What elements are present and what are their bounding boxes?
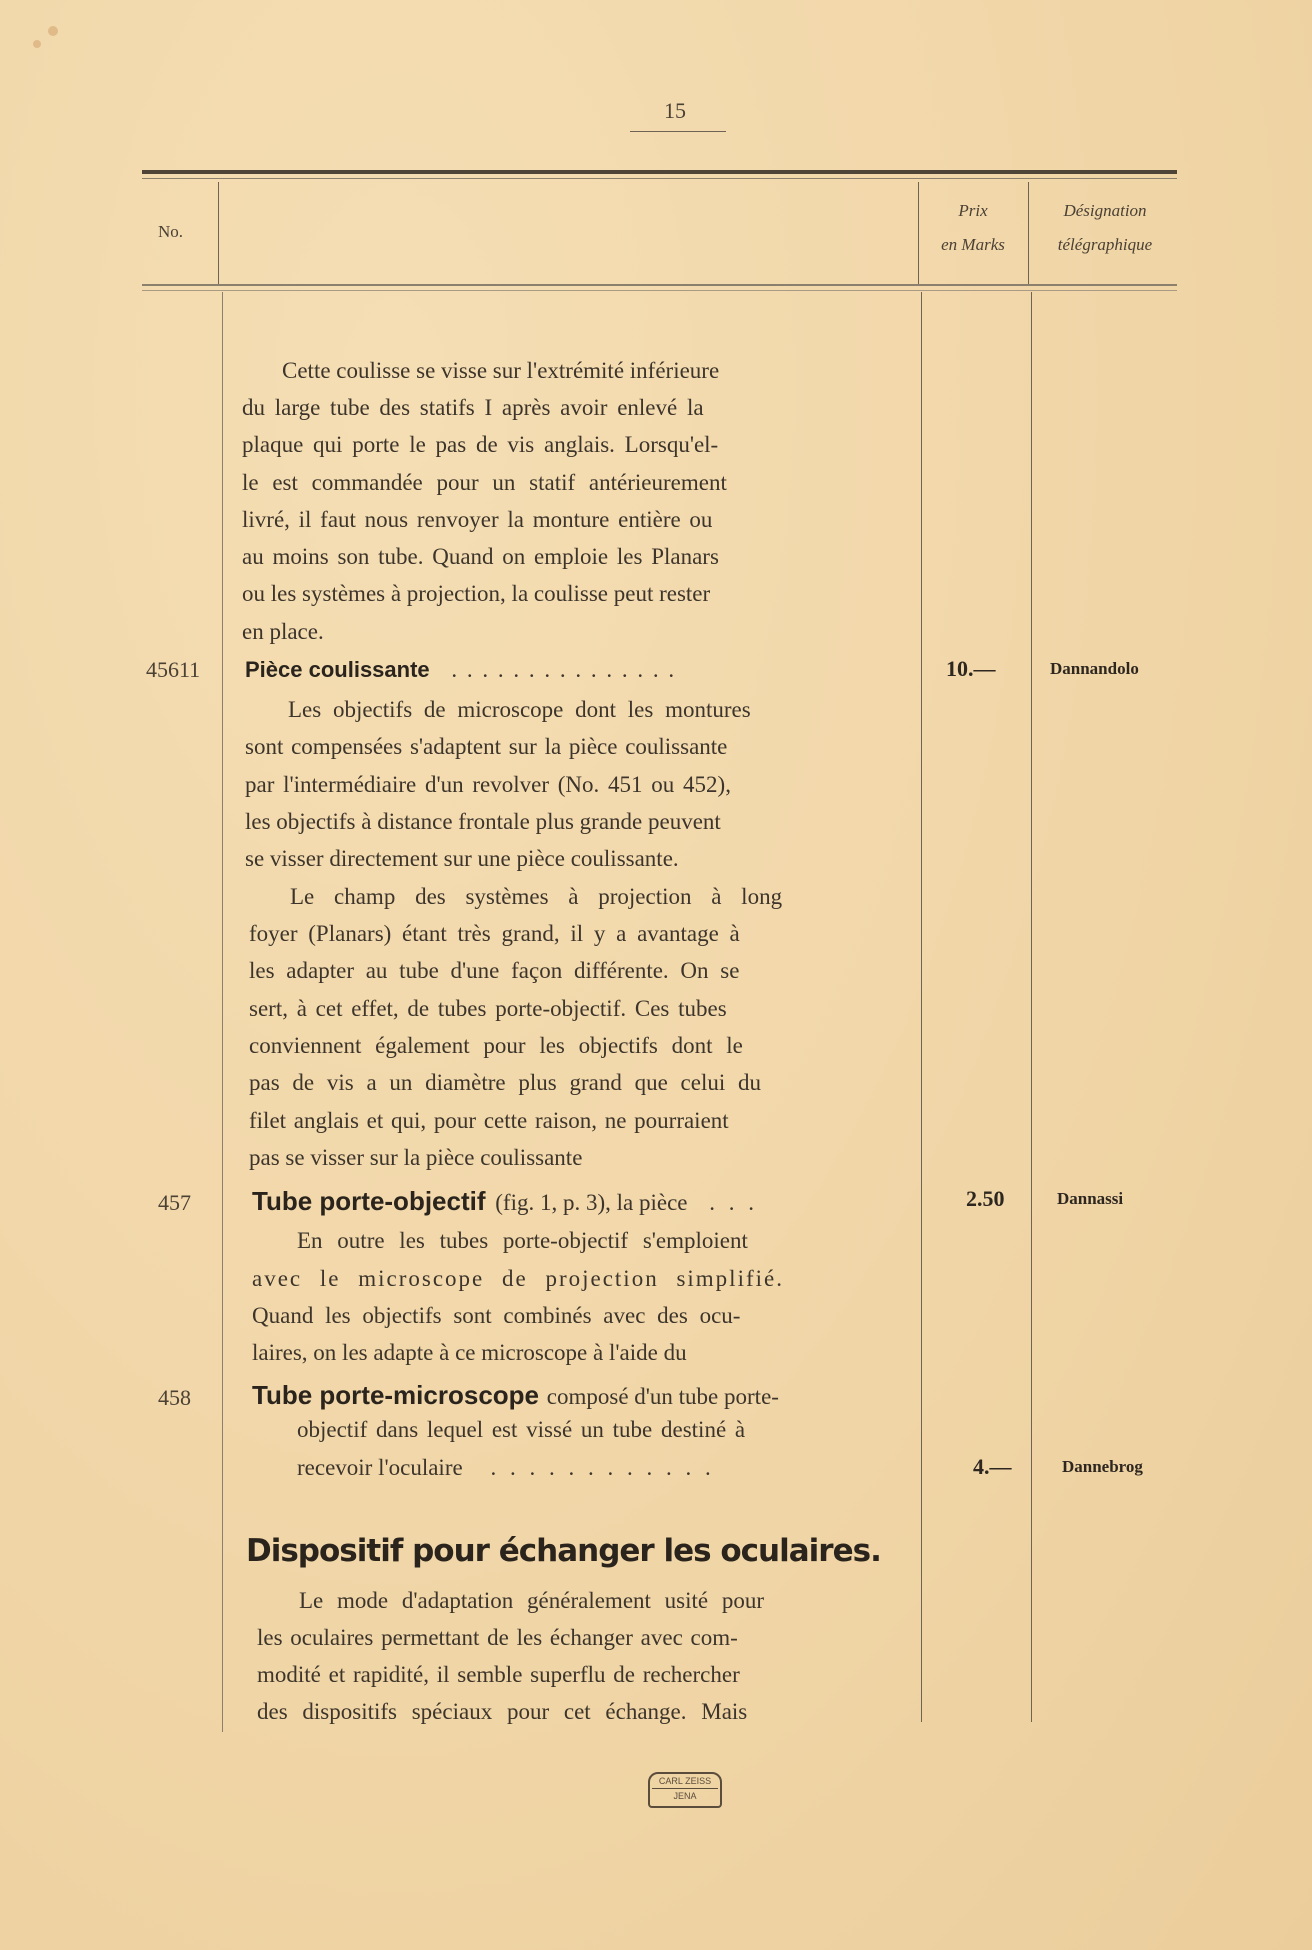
text-line: Les objectifs de microscope dont les mon…	[288, 697, 751, 723]
column-divider-designation-body	[1031, 292, 1032, 1722]
paper-stain	[33, 40, 41, 48]
text-line: ou les systèmes à projection, la couliss…	[242, 581, 710, 607]
text-line: filet anglais et qui, pour cette raison,…	[249, 1108, 729, 1134]
header-designation: Désignation télégraphique	[1030, 194, 1180, 262]
leader-dots: . . . . . . . . . . . . . . .	[451, 657, 676, 682]
text-line: le est commandée pour un statif antérieu…	[242, 470, 727, 496]
text-line: les adapter au tube d'une façon différen…	[249, 958, 739, 984]
text-line: les oculaires permettant de les échanger…	[257, 1625, 738, 1651]
item-title-line: Tube porte-microscope composé d'un tube …	[252, 1380, 779, 1411]
column-divider-no-body	[222, 292, 223, 1732]
leader-dots: . . .	[709, 1190, 758, 1215]
header-top-thick-rule	[142, 170, 1177, 174]
text-line: du large tube des statifs I après avoir …	[242, 395, 704, 421]
text-line: avec le microscope de projection simplif…	[252, 1266, 784, 1292]
logo-bottom-text: JENA	[650, 1789, 720, 1803]
item-name: Pièce coulissante	[245, 657, 430, 682]
page-number: 15	[620, 98, 730, 124]
text-line: En outre les tubes porte-objectif s'empl…	[297, 1228, 748, 1254]
text-line: au moins son tube. Quand on emploie les …	[242, 544, 719, 570]
text-line: sert, à cet effet, de tubes porte-object…	[249, 996, 727, 1022]
header-price-line2: en Marks	[918, 228, 1028, 262]
item-number: 458	[158, 1385, 191, 1411]
text-line: conviennent également pour les objectifs…	[249, 1033, 743, 1059]
section-heading: Dispositif pour échanger les oculaires.	[246, 1533, 881, 1569]
item-continuation-line: objectif dans lequel est vissé un tube d…	[297, 1417, 745, 1443]
header-top-thin-rule	[142, 178, 1177, 179]
item-name: Tube porte-microscope	[252, 1380, 539, 1410]
text-line: des dispositifs spéciaux pour cet échang…	[257, 1699, 747, 1725]
text-line: livré, il faut nous renvoyer la monture …	[242, 507, 712, 533]
item-price: 10.—	[946, 656, 996, 682]
column-divider-no	[218, 182, 219, 284]
text-line: Cette coulisse se visse sur l'extrémité …	[282, 358, 719, 384]
item-number: 457	[158, 1190, 191, 1216]
item-price: 2.50	[966, 1186, 1005, 1212]
header-designation-line2: télégraphique	[1030, 228, 1180, 262]
text-line: Le mode d'adaptation généralement usité …	[299, 1588, 764, 1614]
column-divider-price-body	[921, 292, 922, 1722]
item-telegraphic-code: Dannassi	[1057, 1189, 1123, 1209]
leader-dots: . . . . . . . . . . . .	[490, 1455, 714, 1480]
item-telegraphic-code: Dannandolo	[1050, 659, 1139, 679]
item-price: 4.—	[973, 1454, 1012, 1480]
item-title-line: Pièce coulissante . . . . . . . . . . . …	[245, 657, 676, 683]
header-price: Prix en Marks	[918, 194, 1028, 262]
header-bottom-rule	[142, 284, 1177, 286]
item-suffix: (fig. 1, p. 3), la pièce	[495, 1190, 687, 1215]
text-line: foyer (Planars) étant très grand, il y a…	[249, 921, 740, 947]
item-name: Tube porte-objectif	[252, 1186, 486, 1216]
text-line: pas de vis a un diamètre plus grand que …	[249, 1070, 761, 1096]
item-title-line: Tube porte-objectif (fig. 1, p. 3), la p…	[252, 1186, 758, 1217]
logo-top-text: CARL ZEISS	[650, 1774, 720, 1788]
text-line: laires, on les adapte à ce microscope à …	[252, 1340, 687, 1366]
text-line: pas se visser sur la pièce coulissante	[249, 1145, 582, 1171]
item-continuation-text: recevoir l'oculaire	[297, 1455, 463, 1480]
header-designation-line1: Désignation	[1030, 194, 1180, 228]
text-line: plaque qui porte le pas de vis anglais. …	[242, 432, 718, 458]
item-continuation-line: recevoir l'oculaire . . . . . . . . . . …	[297, 1455, 715, 1481]
text-line: se visser directement sur une pièce coul…	[245, 846, 679, 872]
text-line: Quand les objectifs sont combinés avec d…	[252, 1303, 740, 1329]
header-price-line1: Prix	[918, 194, 1028, 228]
text-line: par l'intermédiaire d'un revolver (No. 4…	[245, 772, 731, 798]
text-line: sont compensées s'adaptent sur la pièce …	[245, 734, 727, 760]
column-divider-designation	[1028, 182, 1029, 284]
item-number: 45611	[146, 657, 200, 683]
text-line: modité et rapidité, il semble superflu d…	[257, 1662, 740, 1688]
text-line: en place.	[242, 619, 324, 645]
page-number-underline	[630, 131, 726, 132]
header-no: No.	[158, 222, 183, 242]
carl-zeiss-jena-logo: CARL ZEISS JENA	[648, 1772, 722, 1808]
item-suffix: composé d'un tube porte-	[547, 1384, 779, 1409]
paper-stain	[48, 26, 58, 36]
text-line: les objectifs à distance frontale plus g…	[245, 809, 721, 835]
text-line: Le champ des systèmes à projection à lon…	[290, 884, 782, 910]
header-bottom-rule-2	[142, 290, 1177, 291]
item-telegraphic-code: Dannebrog	[1062, 1457, 1143, 1477]
